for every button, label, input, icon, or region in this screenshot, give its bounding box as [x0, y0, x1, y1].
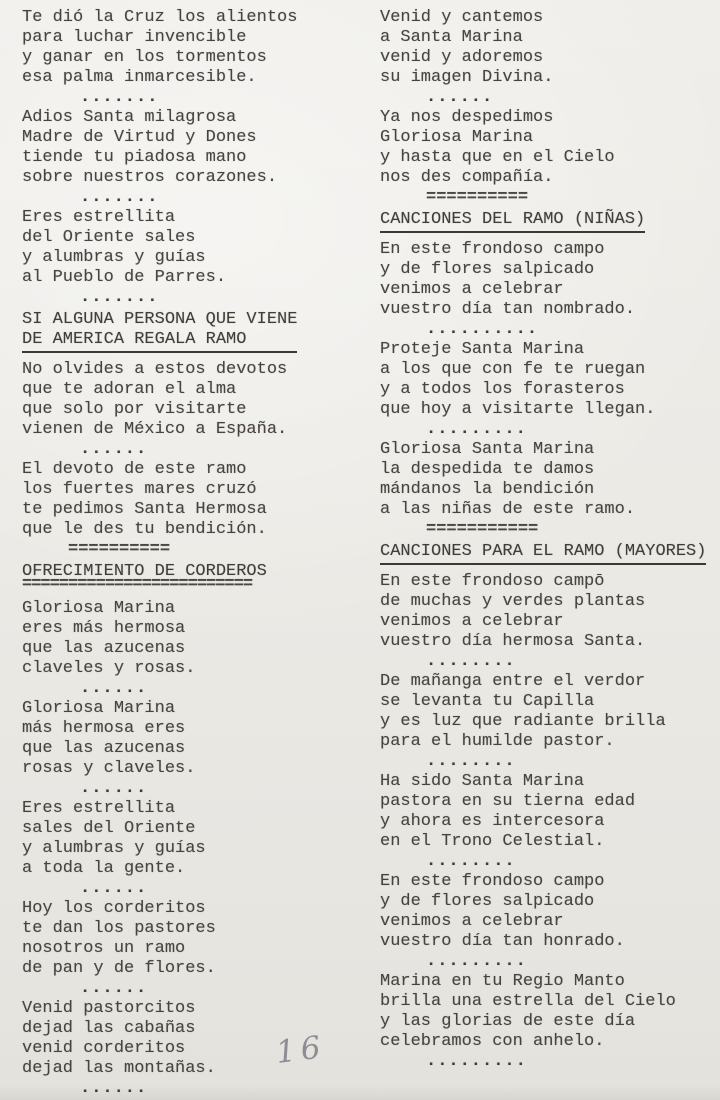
stanza-line: sales del Oriente — [22, 819, 362, 839]
stanza-line: Gloriosa Marina — [22, 599, 362, 619]
stanza-line: y de flores salpicado — [380, 892, 716, 912]
stanza-line: esa palma inmarcesible. — [22, 68, 362, 88]
dots-separator: ...... — [380, 88, 716, 108]
stanza-line: y alumbras y guías — [22, 248, 362, 268]
scan-edge-shadow — [0, 1086, 720, 1100]
stanza-line: Marina en tu Regio Manto — [380, 972, 716, 992]
stanza-line: venid y adoremos — [380, 48, 716, 68]
stanza-line: Ha sido Santa Marina — [380, 772, 716, 792]
stanza-line: En este frondoso campo — [380, 240, 716, 260]
dots-separator: .......... — [380, 320, 716, 340]
stanza-line: pastora en su tierna edad — [380, 792, 716, 812]
stanza-line: De mañanga entre el verdor — [380, 672, 716, 692]
stanza-line: Venid pastorcitos — [22, 999, 362, 1019]
stanza-line: al Pueblo de Parres. — [22, 268, 362, 288]
section-heading: OFRECIMIENTO DE CORDEROS================… — [22, 562, 267, 592]
stanza: En este frondoso campoy de flores salpic… — [380, 872, 716, 952]
stanza: Gloriosa Marinaeres más hermosaque las a… — [22, 599, 362, 679]
dots-separator: ...... — [22, 440, 362, 460]
dots-separator: ......... — [380, 952, 716, 972]
stanza-line: su imagen Divina. — [380, 68, 716, 88]
stanza-line: sobre nuestros corazones. — [22, 168, 362, 188]
stanza-line: a Santa Marina — [380, 28, 716, 48]
dots-separator: ....... — [22, 88, 362, 108]
stanza: Eres estrellitasales del Orientey alumbr… — [22, 799, 362, 879]
stanza-line: en el Trono Celestial. — [380, 832, 716, 852]
stanza-line: vuestro día tan honrado. — [380, 932, 716, 952]
stanza-line: Gloriosa Santa Marina — [380, 440, 716, 460]
stanza-line: y ganar en los tormentos — [22, 48, 362, 68]
stanza-line: y a todos los forasteros — [380, 380, 716, 400]
stanza-line: brilla una estrella del Cielo — [380, 992, 716, 1012]
stanza-line: eres más hermosa — [22, 619, 362, 639]
stanza: En este frondoso campoy de flores salpic… — [380, 240, 716, 320]
stanza-line: mándanos la bendición — [380, 480, 716, 500]
heading-line: CANCIONES DEL RAMO (NIÑAS) — [380, 210, 645, 230]
stanza-line: a toda la gente. — [22, 859, 362, 879]
stanza-line: de muchas y verdes plantas — [380, 592, 716, 612]
stanza-line: venimos a celebrar — [380, 612, 716, 632]
dots-separator: ........ — [380, 852, 716, 872]
heading-underline-equals: ========================= — [22, 580, 267, 592]
stanza-line: Madre de Virtud y Dones — [22, 128, 362, 148]
dots-separator: ......... — [380, 1052, 716, 1072]
stanza-line: que solo por visitarte — [22, 400, 362, 420]
stanza-line: Eres estrellita — [22, 799, 362, 819]
dots-separator: ....... — [22, 288, 362, 308]
stanza-line: Gloriosa Marina — [22, 699, 362, 719]
stanza: El devoto de este ramolos fuertes mares … — [22, 460, 362, 540]
left-column: Te dió la Cruz los alientospara luchar i… — [22, 8, 362, 1099]
stanza: Hoy los corderitoste dan los pastoresnos… — [22, 899, 362, 979]
stanza-line: Eres estrellita — [22, 208, 362, 228]
stanza-line: para luchar invencible — [22, 28, 362, 48]
stanza-line: nosotros un ramo — [22, 939, 362, 959]
scanned-page: Te dió la Cruz los alientospara luchar i… — [0, 0, 720, 1100]
dots-separator: ........ — [380, 652, 716, 672]
section-heading: SI ALGUNA PERSONA QUE VIENEDE AMERICA RE… — [22, 310, 297, 353]
stanza-line: Adios Santa milagrosa — [22, 108, 362, 128]
stanza-line: venimos a celebrar — [380, 912, 716, 932]
dots-separator: ...... — [22, 979, 362, 999]
stanza-line: vienen de México a España. — [22, 420, 362, 440]
stanza-line: y hasta que en el Cielo — [380, 148, 716, 168]
stanza: Ya nos despedimosGloriosa Marinay hasta … — [380, 108, 716, 188]
stanza-line: nos des compañía. — [380, 168, 716, 188]
stanza-line: Te dió la Cruz los alientos — [22, 8, 362, 28]
stanza: Gloriosa Santa Marinala despedida te dam… — [380, 440, 716, 520]
stanza-line: rosas y claveles. — [22, 759, 362, 779]
stanza: Proteje Santa Marinaa los que con fe te … — [380, 340, 716, 420]
stanza-line: que le des tu bendición. — [22, 520, 362, 540]
stanza-line: Gloriosa Marina — [380, 128, 716, 148]
dots-separator: ...... — [22, 679, 362, 699]
stanza-line: que te adoran el alma — [22, 380, 362, 400]
stanza: En este frondoso campōde muchas y verdes… — [380, 572, 716, 652]
stanza-line: que las azucenas — [22, 739, 362, 759]
section-heading: CANCIONES PARA EL RAMO (MAYORES) — [380, 542, 706, 565]
stanza-line: En este frondoso campo — [380, 872, 716, 892]
stanza-line: a los que con fe te ruegan — [380, 360, 716, 380]
dots-separator: ......... — [380, 420, 716, 440]
stanza-line: y ahora es intercesora — [380, 812, 716, 832]
stanza-line: y alumbras y guías — [22, 839, 362, 859]
stanza-line: se levanta tu Capilla — [380, 692, 716, 712]
stanza-line: tiende tu piadosa mano — [22, 148, 362, 168]
heading-line: CANCIONES PARA EL RAMO (MAYORES) — [380, 542, 706, 562]
stanza-line: vuestro día tan nombrado. — [380, 300, 716, 320]
stanza-line: venimos a celebrar — [380, 280, 716, 300]
stanza-line: El devoto de este ramo — [22, 460, 362, 480]
stanza: Te dió la Cruz los alientospara luchar i… — [22, 8, 362, 88]
stanza: Ha sido Santa Marinapastora en su tierna… — [380, 772, 716, 852]
stanza-line: vuestro día hermosa Santa. — [380, 632, 716, 652]
stanza-line: a las niñas de este ramo. — [380, 500, 716, 520]
stanza-line: que las azucenas — [22, 639, 362, 659]
stanza-line: y es luz que radiante brilla — [380, 712, 716, 732]
equals-separator: =========== — [380, 520, 716, 540]
handwritten-page-number: 16 — [275, 1037, 327, 1063]
stanza: De mañanga entre el verdorse levanta tu … — [380, 672, 716, 752]
right-column: Venid y cantemosa Santa Marinavenid y ad… — [380, 8, 716, 1072]
stanza-line: En este frondoso campō — [380, 572, 716, 592]
stanza-line: Ya nos despedimos — [380, 108, 716, 128]
stanza-line: No olvides a estos devotos — [22, 360, 362, 380]
stanza: Marina en tu Regio Mantobrilla una estre… — [380, 972, 716, 1052]
stanza: Venid y cantemosa Santa Marinavenid y ad… — [380, 8, 716, 88]
stanza-line: te pedimos Santa Hermosa — [22, 500, 362, 520]
section-heading: CANCIONES DEL RAMO (NIÑAS) — [380, 210, 645, 233]
stanza-line: de pan y de flores. — [22, 959, 362, 979]
dots-separator: ....... — [22, 188, 362, 208]
stanza-line: y las glorias de este día — [380, 1012, 716, 1032]
equals-separator: ========== — [22, 540, 362, 560]
stanza: Adios Santa milagrosaMadre de Virtud y D… — [22, 108, 362, 188]
dots-separator: ...... — [22, 779, 362, 799]
stanza-line: Venid y cantemos — [380, 8, 716, 28]
heading-line: SI ALGUNA PERSONA QUE VIENE — [22, 310, 297, 330]
dots-separator: ........ — [380, 752, 716, 772]
stanza-line: Hoy los corderitos — [22, 899, 362, 919]
stanza-line: del Oriente sales — [22, 228, 362, 248]
stanza-line: claveles y rosas. — [22, 659, 362, 679]
equals-separator: ========== — [380, 188, 716, 208]
stanza: Gloriosa Marinamás hermosa eresque las a… — [22, 699, 362, 779]
stanza: Eres estrellitadel Oriente salesy alumbr… — [22, 208, 362, 288]
stanza-line: más hermosa eres — [22, 719, 362, 739]
heading-line: DE AMERICA REGALA RAMO — [22, 330, 297, 350]
stanza-line: te dan los pastores — [22, 919, 362, 939]
stanza-line: la despedida te damos — [380, 460, 716, 480]
stanza-line: que hoy a visitarte llegan. — [380, 400, 716, 420]
dots-separator: ...... — [22, 879, 362, 899]
stanza-line: y de flores salpicado — [380, 260, 716, 280]
stanza-line: Proteje Santa Marina — [380, 340, 716, 360]
stanza-line: los fuertes mares cruzó — [22, 480, 362, 500]
stanza-line: para el humilde pastor. — [380, 732, 716, 752]
stanza-line: celebramos con anhelo. — [380, 1032, 716, 1052]
stanza: No olvides a estos devotosque te adoran … — [22, 360, 362, 440]
